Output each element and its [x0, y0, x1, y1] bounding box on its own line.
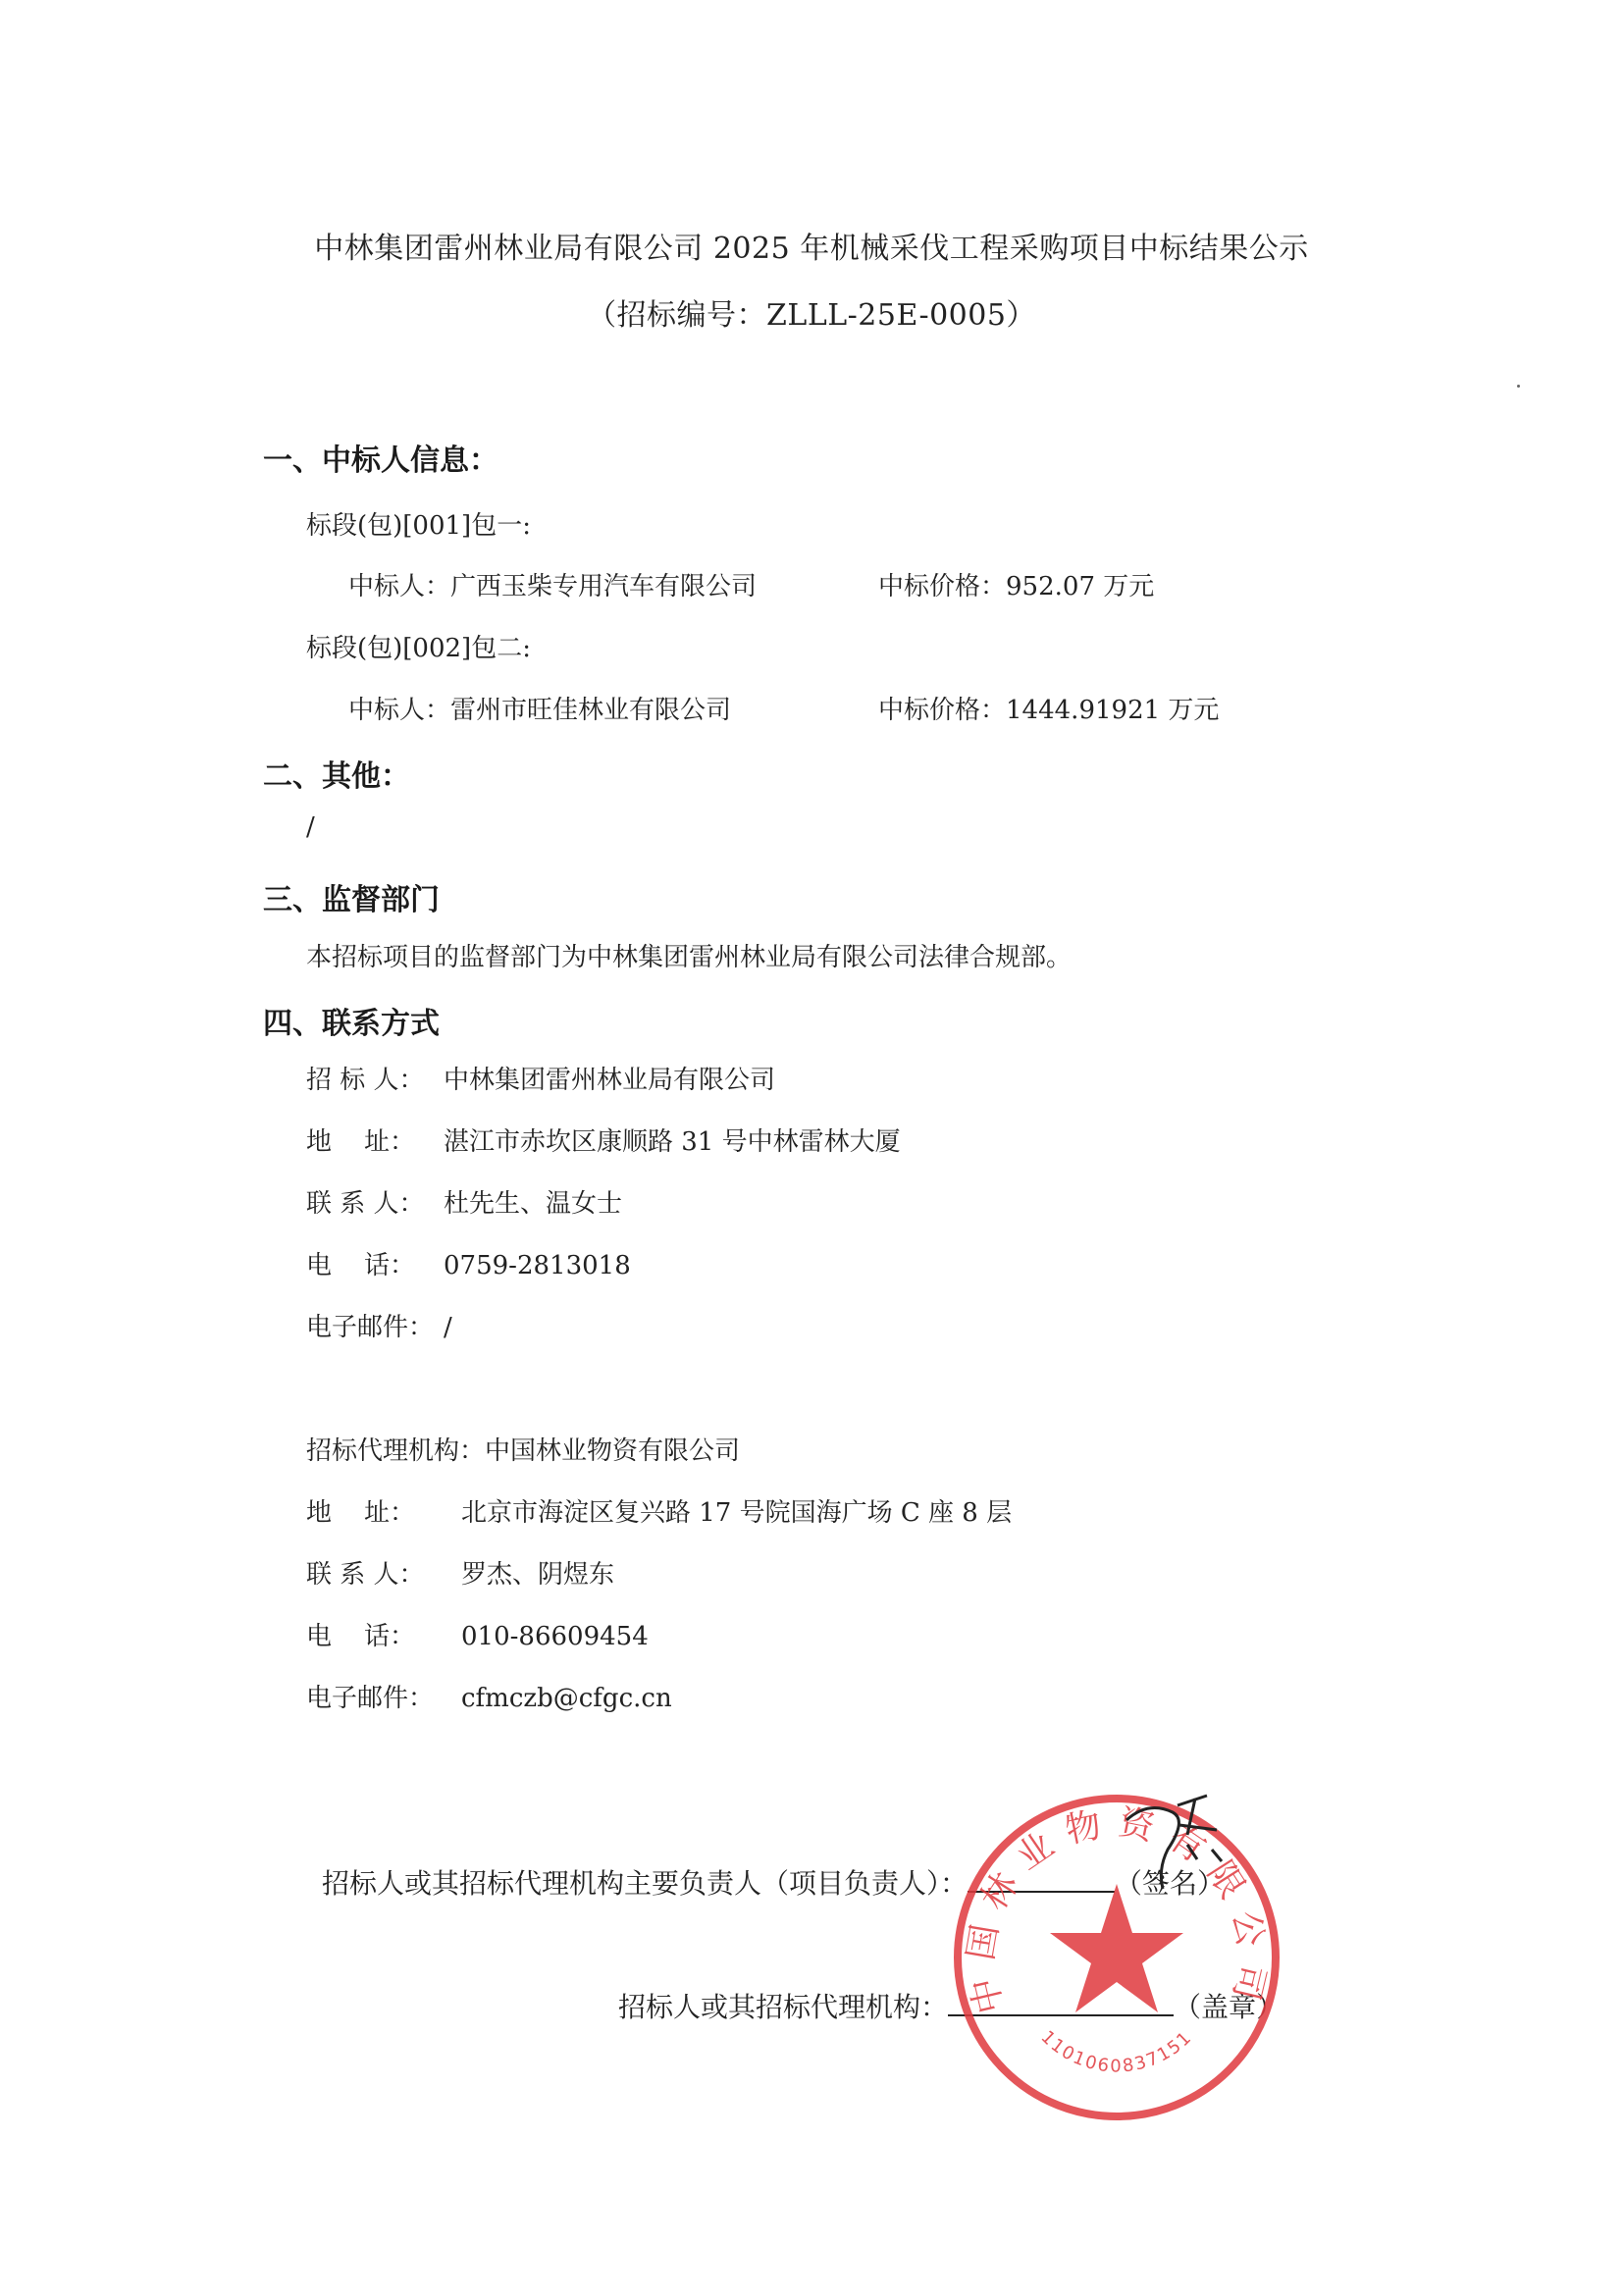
tenderer-name: 中林集团雷州林业局有限公司: [444, 1066, 775, 1095]
other-content: /: [306, 812, 315, 842]
agency-phone-row: 电 话：010-86609454: [306, 1616, 649, 1652]
agency-email: cfmczb@cfgc.cn: [461, 1684, 672, 1713]
lot-1-price: 中标价格：952.07 万元: [878, 566, 1154, 602]
agency-phone: 010-86609454: [461, 1622, 649, 1651]
tenderer-contact: 杜先生、温女士: [444, 1189, 622, 1219]
agency-name: 中国林业物资有限公司: [485, 1436, 740, 1466]
tenderer-address: 湛江市赤坎区康顺路 31 号中林雷林大厦: [444, 1127, 901, 1157]
field-label: 电 话：: [306, 1616, 461, 1652]
scan-speck: [1517, 385, 1520, 388]
field-label: 地 址：: [306, 1492, 461, 1529]
tenderer-email-row: 电子邮件：/: [306, 1307, 452, 1343]
price-label: 中标价格：: [878, 572, 1006, 601]
company-seal-stamp: 中国林业物资有限公司 1101060837151: [950, 1791, 1283, 2124]
price-label: 中标价格：: [878, 696, 1006, 725]
agency-name-row: 招标代理机构：中国林业物资有限公司: [306, 1431, 740, 1467]
agency-contact: 罗杰、阴煜东: [461, 1560, 614, 1590]
tender-number: （招标编号：ZLLL-25E-0005）: [0, 290, 1623, 334]
seal-line: [948, 1995, 1174, 2016]
field-label: 电子邮件：: [306, 1678, 461, 1714]
document-page: 中林集团雷州林业局有限公司 2025 年机械采伐工程采购项目中标结果公示 （招标…: [0, 0, 1623, 2296]
lot-2-label: 标段(包)[002]包二:: [306, 628, 531, 664]
winner-name: 雷州市旺佳林业有限公司: [450, 696, 731, 725]
document-title: 中林集团雷州林业局有限公司 2025 年机械采伐工程采购项目中标结果公示: [0, 224, 1623, 267]
principal-signature-row: 招标人或其招标代理机构主要负责人（项目负责人）：（签名）: [322, 1862, 1225, 1902]
field-label: 地 址：: [306, 1122, 444, 1158]
field-label: 招标代理机构：: [306, 1436, 485, 1466]
agency-email-row: 电子邮件：cfmczb@cfgc.cn: [306, 1678, 672, 1714]
lot-1-label: 标段(包)[001]包一:: [306, 505, 531, 542]
winner-name: 广西玉柴专用汽车有限公司: [450, 572, 757, 601]
tenderer-address-row: 地 址：湛江市赤坎区康顺路 31 号中林雷林大厦: [306, 1122, 901, 1158]
field-label: 联 系 人：: [306, 1183, 444, 1220]
winner-label: 中标人：: [348, 572, 450, 601]
section-heading-winner-info: 一、中标人信息：: [263, 436, 498, 479]
lot-1-winner: 中标人：广西玉柴专用汽车有限公司: [348, 566, 757, 602]
section-heading-supervision: 三、监督部门: [263, 875, 440, 918]
tenderer-contact-row: 联 系 人：杜先生、温女士: [306, 1183, 622, 1220]
winner-label: 中标人：: [348, 696, 450, 725]
lot-2-winner: 中标人：雷州市旺佳林业有限公司: [348, 690, 731, 726]
price-value: 1444.91921 万元: [1006, 696, 1219, 725]
tenderer-email: /: [444, 1313, 452, 1342]
field-label: 电 话：: [306, 1245, 444, 1281]
principal-suffix: （签名）: [1115, 1867, 1225, 1900]
tenderer-phone-row: 电 话：0759-2813018: [306, 1245, 631, 1281]
principal-label: 招标人或其招标代理机构主要负责人（项目负责人）：: [322, 1867, 968, 1900]
agency-address: 北京市海淀区复兴路 17 号院国海广场 C 座 8 层: [461, 1498, 1012, 1528]
section-heading-contact: 四、联系方式: [263, 999, 440, 1042]
field-label: 联 系 人：: [306, 1554, 461, 1591]
agency-address-row: 地 址：北京市海淀区复兴路 17 号院国海广场 C 座 8 层: [306, 1492, 1012, 1529]
seal-row: 招标人或其招标代理机构：（盖章）: [618, 1986, 1283, 2025]
agency-contact-row: 联 系 人：罗杰、阴煜东: [306, 1554, 614, 1591]
field-label: 电子邮件：: [306, 1307, 444, 1343]
section-heading-other: 二、其他：: [263, 752, 410, 795]
tenderer-phone: 0759-2813018: [444, 1251, 631, 1280]
field-label: 招 标 人：: [306, 1060, 444, 1096]
price-value: 952.07 万元: [1006, 572, 1154, 601]
seal-label: 招标人或其招标代理机构：: [618, 1991, 948, 2023]
tenderer-name-row: 招 标 人：中林集团雷州林业局有限公司: [306, 1060, 775, 1096]
svg-text:1101060837151: 1101060837151: [1037, 2027, 1197, 2077]
supervision-content: 本招标项目的监督部门为中林集团雷州林业局有限公司法律合规部。: [306, 937, 1072, 973]
lot-2-price: 中标价格：1444.91921 万元: [878, 690, 1219, 726]
seal-suffix: （盖章）: [1174, 1991, 1283, 2023]
signature-line: [968, 1871, 1115, 1893]
